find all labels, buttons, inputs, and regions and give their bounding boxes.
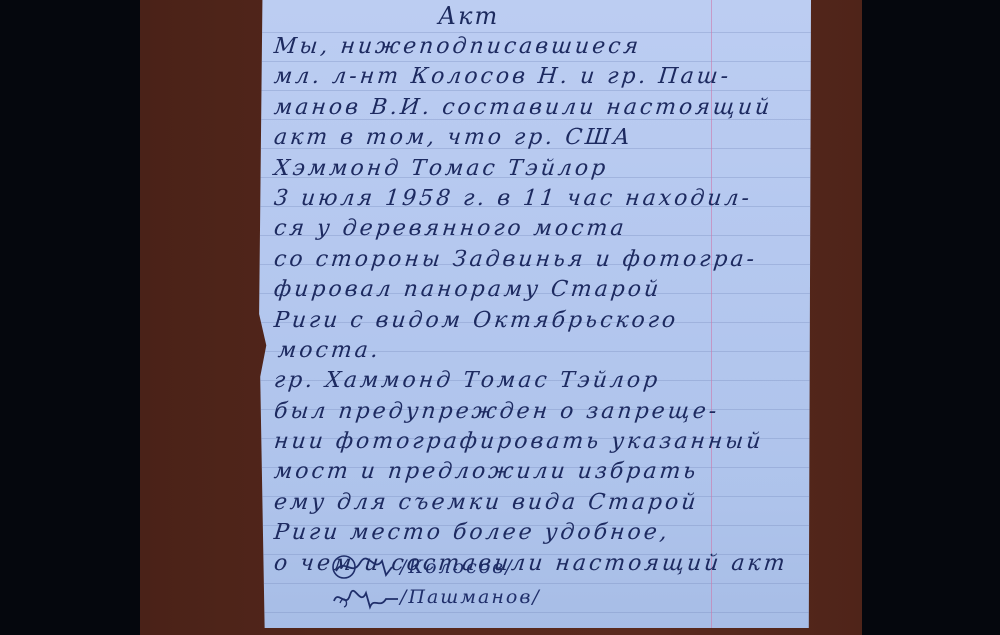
text-line: акт в том, что гр. США — [272, 123, 811, 153]
text-line: Хэммонд Томас Тэйлор — [272, 154, 811, 184]
signature-scribble-icon — [330, 583, 400, 611]
signature-pashmanov: /Пашманов/ — [330, 582, 590, 612]
text-line: 3 июля 1958 г. в 11 час находил- — [272, 184, 811, 214]
document-body: Мы, нижеподписавшиеся мл. л-нт Колосов Н… — [274, 32, 811, 579]
text-line: Мы, нижеподписавшиеся — [272, 32, 811, 62]
signature-scribble-icon — [330, 553, 400, 581]
handwritten-document-sheet: Акт Мы, нижеподписавшиеся мл. л-нт Колос… — [258, 0, 811, 628]
signature-kolosov: /Колосов/ — [330, 552, 590, 582]
document-title: Акт — [438, 2, 499, 30]
signature-name: /Колосов/ — [400, 556, 514, 578]
text-line: мост и предложили избрать — [272, 457, 811, 487]
signature-block: /Колосов/ /Пашманов/ — [330, 552, 590, 612]
text-line: ся у деревянного моста — [272, 214, 811, 244]
text-line: Риги место более удобное, — [272, 518, 811, 548]
text-line: моста. — [272, 336, 811, 366]
text-line: был предупрежден о запреще- — [272, 397, 811, 427]
text-line: мл. л-нт Колосов Н. и гр. Паш- — [272, 62, 811, 92]
text-line: фировал панораму Старой — [272, 275, 811, 305]
text-line: ему для съемки вида Старой — [272, 488, 811, 518]
signature-name: /Пашманов/ — [400, 586, 541, 608]
text-line: гр. Хаммонд Томас Тэйлор — [272, 366, 811, 396]
text-line: Риги с видом Октябрьского — [272, 306, 811, 336]
text-line: со стороны Задвинья и фотогра- — [272, 245, 811, 275]
text-line: нии фотографировать указанный — [272, 427, 811, 457]
photo-scene: Акт Мы, нижеподписавшиеся мл. л-нт Колос… — [0, 0, 1000, 635]
text-line: манов В.И. составили настоящий — [272, 93, 811, 123]
